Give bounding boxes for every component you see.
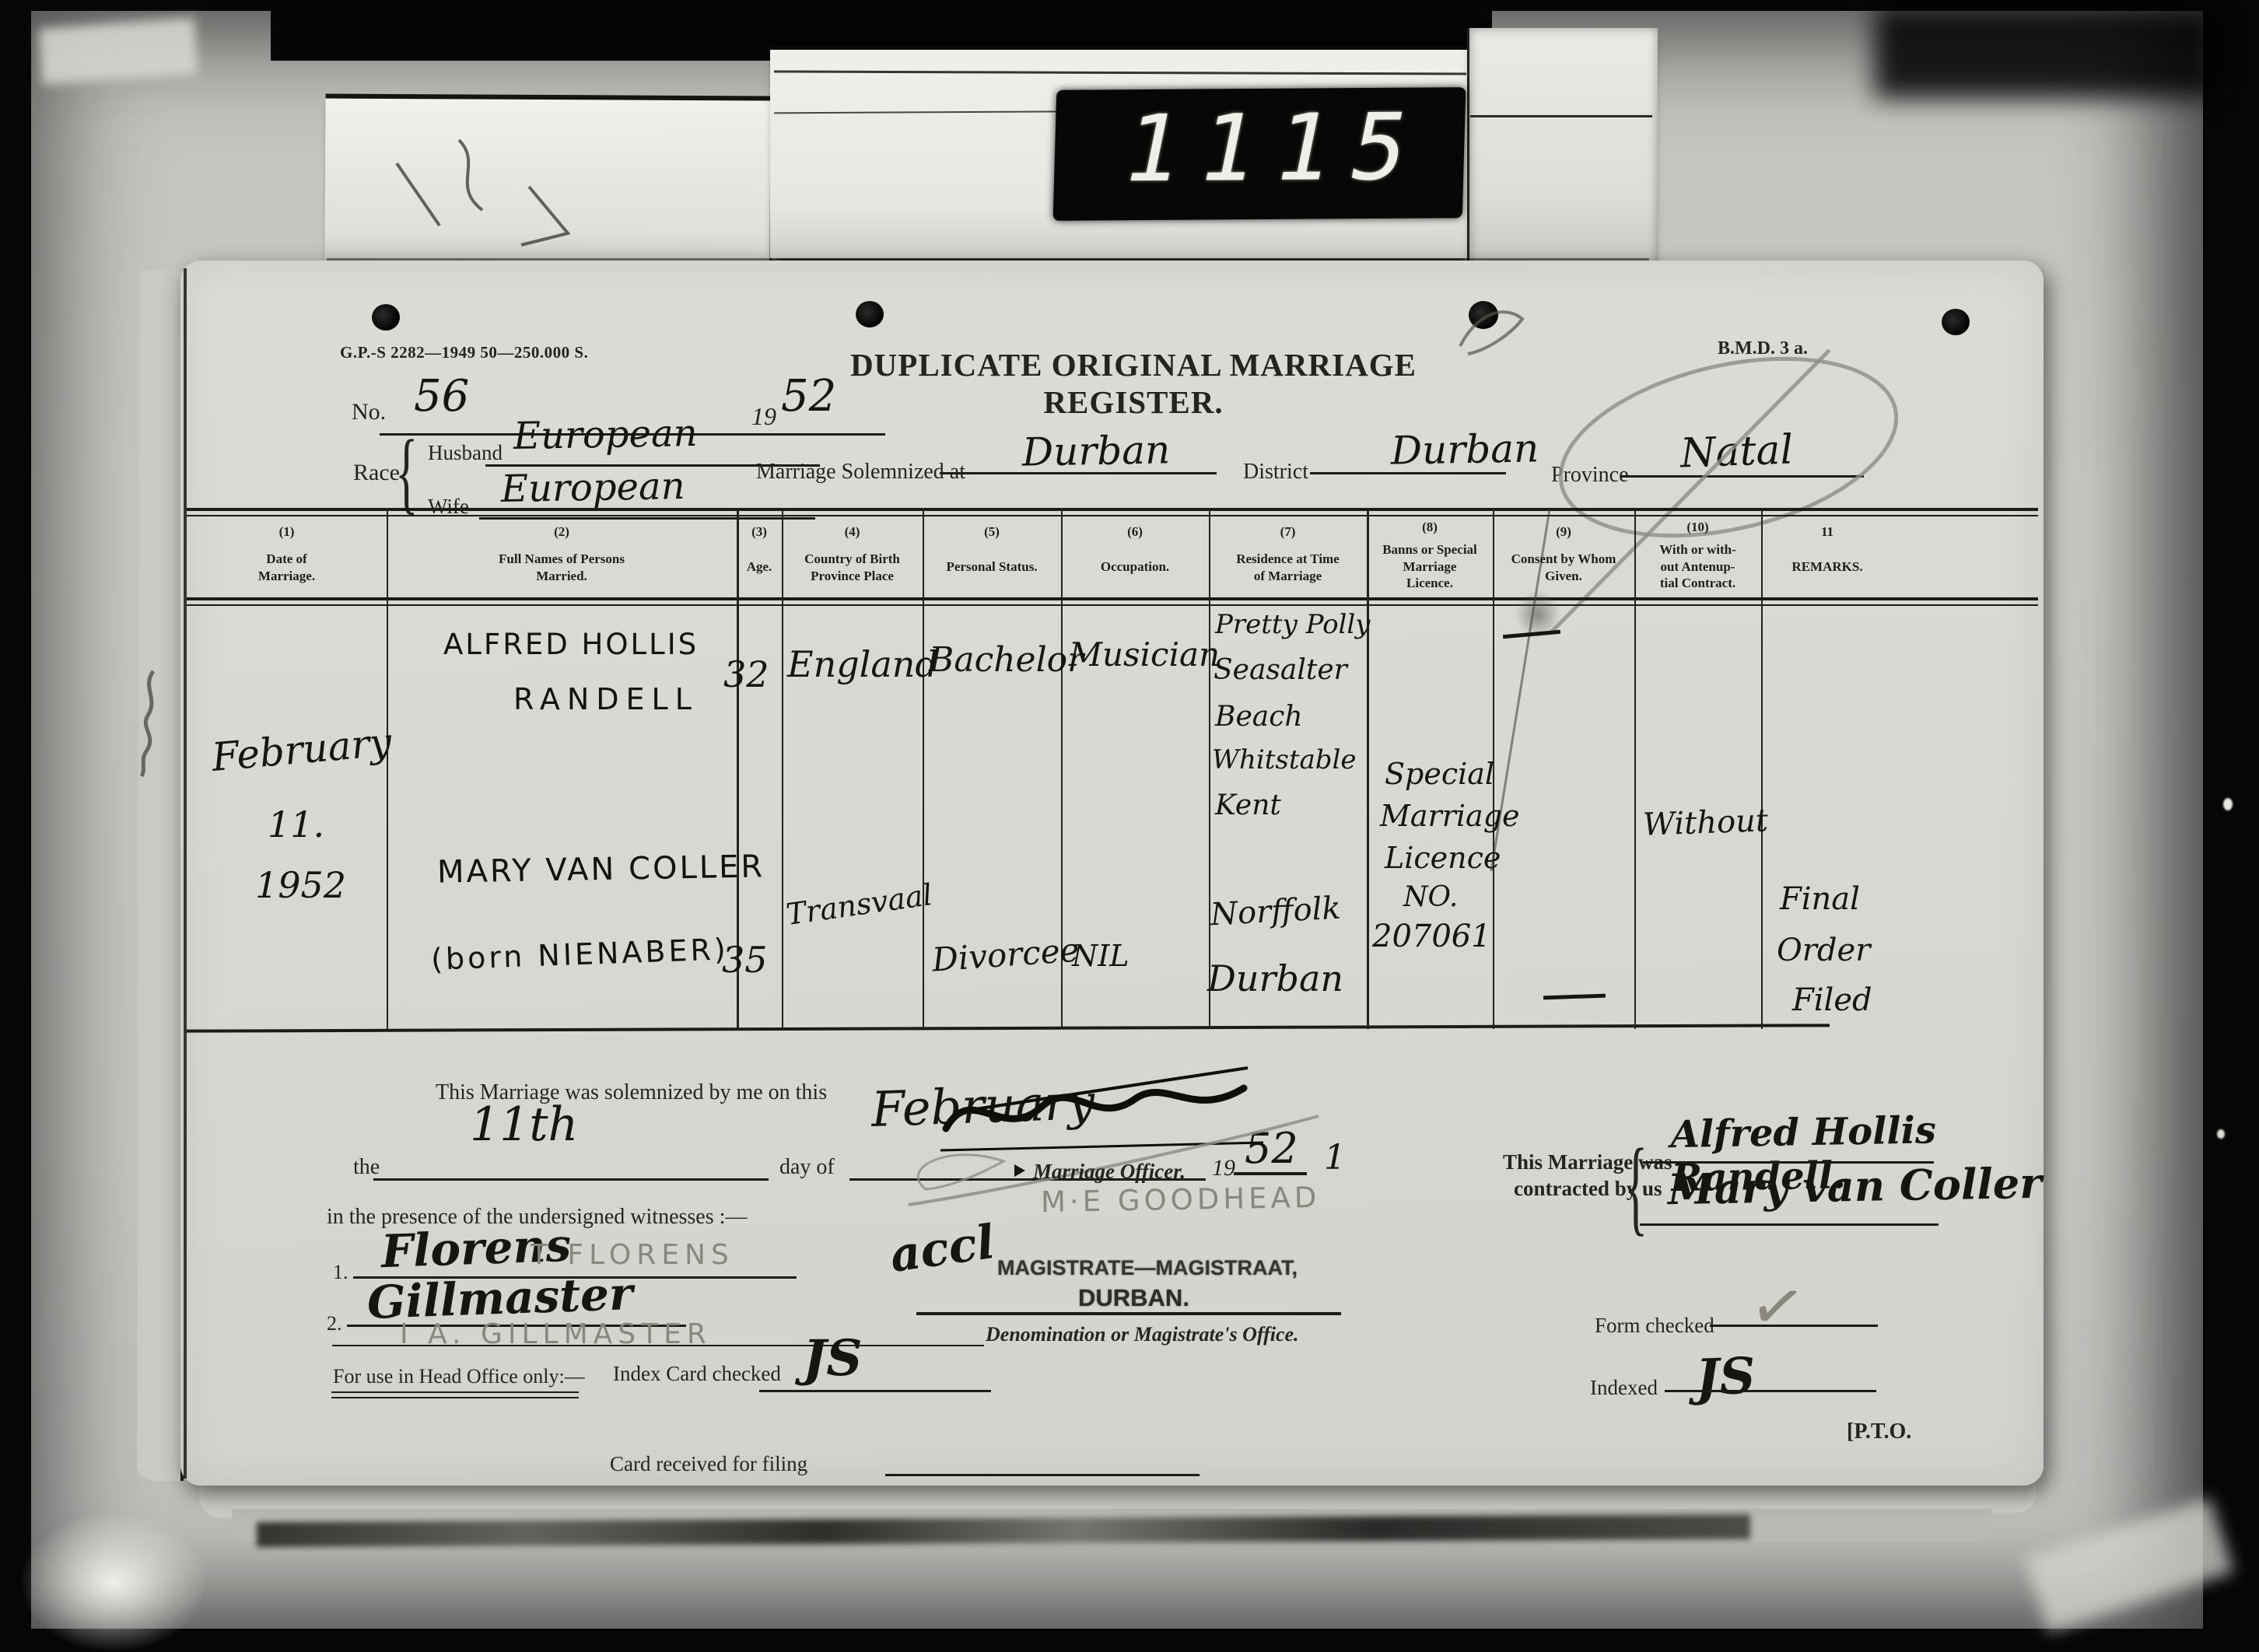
col-num: (1): [187, 523, 387, 540]
witness2-name-pencil: I A. GILLMASTER: [400, 1318, 712, 1350]
banns-line4: NO.: [1403, 881, 1458, 913]
table-top-rule-1: [187, 508, 2038, 511]
counter-value: 1115: [1115, 96, 1438, 200]
entry-date-month: February: [210, 719, 394, 780]
col-num: (3): [737, 523, 782, 540]
husband-label: Husband: [428, 441, 503, 465]
contracted-line-2: [1640, 1223, 1939, 1226]
table-header-rule-1: [187, 597, 2038, 600]
speck-right-2: [2217, 1129, 2225, 1139]
exposure-counter: 1115: [1053, 87, 1466, 221]
col-rule-3: [782, 508, 783, 1029]
col-num: 11: [1761, 523, 1893, 540]
the-label: the: [353, 1155, 380, 1180]
machine-plate-right: [1467, 28, 1658, 264]
col-header-3: (3) Age.: [737, 523, 782, 576]
col-label: With or with- out Antenup- tial Contract…: [1634, 541, 1761, 591]
col-label: Full Names of Persons Married.: [387, 551, 737, 584]
solemnized-label: Marriage Solemnized at: [756, 460, 965, 485]
table-header-rule-2: [187, 604, 2038, 606]
wife-consent-dash: [1543, 994, 1606, 1000]
form-checked-label: Form checked: [1595, 1314, 1714, 1338]
head-office-underline-2: [331, 1397, 579, 1398]
table-top-rule-2: [187, 515, 2038, 516]
witness2-no: 2.: [327, 1312, 342, 1335]
entry-date-year: 1952: [255, 864, 346, 906]
stamp-line2: DURBAN.: [1078, 1284, 1189, 1312]
day-value: 11th: [470, 1097, 578, 1152]
page-edge-shadow: [184, 268, 187, 1479]
col-num: (8): [1367, 519, 1493, 535]
wife-name-line1: MARY VAN COLLER: [437, 849, 765, 890]
punch-hole-1: [372, 304, 400, 331]
witness1-no: 1.: [333, 1261, 348, 1284]
head-office-underline-1: [331, 1391, 579, 1393]
denomination-label: Denomination or Magistrate's Office.: [986, 1323, 1299, 1346]
year-printed: 19: [751, 402, 776, 431]
form-checked-line: [1710, 1325, 1878, 1327]
race-label: Race: [353, 460, 400, 486]
district-line: [1310, 472, 1506, 474]
husband-name-line1: ALFRED HOLLIS: [443, 628, 699, 661]
district-label: District: [1243, 460, 1308, 485]
wife-residence-2: Durban: [1207, 957, 1343, 999]
col-header-4: (4) Country of Birth Province Place: [782, 523, 923, 584]
col-header-10: (10) With or with- out Antenup- tial Con…: [1634, 519, 1761, 591]
race-wife-line: [479, 517, 815, 520]
wife-status: Divorcee: [931, 930, 1080, 978]
page-title: DUPLICATE ORIGINAL MARRIAGE REGISTER.: [760, 346, 1507, 421]
husband-residence-3: Beach: [1215, 701, 1303, 733]
solemnized-value: Durban: [1022, 427, 1171, 474]
col-num: (2): [387, 523, 737, 540]
index-card-label: Index Card checked: [613, 1362, 781, 1386]
col-label: Date of Marriage.: [187, 551, 387, 584]
wife-occupation: NIL: [1072, 939, 1129, 973]
index-card-value: JS: [803, 1329, 863, 1388]
year-written: 52: [781, 371, 836, 422]
col-header-11: 11 REMARKS.: [1761, 523, 1893, 576]
col-num: (7): [1209, 523, 1367, 540]
year-underline: [745, 433, 885, 436]
banns-line5: 207061: [1372, 919, 1491, 954]
husband-age: 32: [723, 653, 769, 695]
register-no-value: 56: [414, 371, 469, 422]
day-line: [373, 1178, 769, 1181]
no-label: No.: [352, 399, 386, 425]
entry-date-day: 11.: [268, 803, 324, 845]
husband-birthplace: England: [787, 643, 938, 685]
col-num: (6): [1061, 523, 1209, 540]
indexed-value: JS: [1695, 1347, 1756, 1408]
day-of-label: day of: [779, 1155, 835, 1180]
col-label: REMARKS.: [1761, 558, 1893, 575]
race-husband-value: European: [513, 411, 698, 458]
banns-line1: Special: [1385, 757, 1494, 791]
col-label: Personal Status.: [923, 558, 1061, 575]
col-header-5: (5) Personal Status.: [923, 523, 1061, 576]
officer-pointer-mark: [1014, 1164, 1025, 1177]
race-wife-value: European: [501, 464, 685, 511]
card-received-line: [885, 1474, 1200, 1476]
col-rule-10: [1761, 508, 1763, 1029]
banns-line2: Marriage: [1380, 799, 1520, 833]
microfilm-scan: 1115 G.P.-S 2282—1949 50—250.000 S. DUPL…: [0, 0, 2259, 1652]
husband-status: Bachelor: [929, 640, 1084, 680]
head-office-label: For use in Head Office only:—: [333, 1365, 585, 1388]
plate-left-scratches: [366, 117, 692, 257]
smudge-top-right: [1875, 6, 2217, 98]
speck-right-1: [2223, 798, 2233, 810]
col-label: Occupation.: [1061, 558, 1209, 575]
plate-right-seam: [1470, 115, 1652, 117]
banns-line3: Licence: [1385, 841, 1501, 875]
wife-name-line2: (born NIENABER): [430, 932, 729, 976]
col-num: (10): [1634, 519, 1761, 535]
contracted-brace: {: [1624, 1125, 1648, 1249]
stamp-line1: MAGISTRATE—MAGISTRAAT,: [997, 1256, 1298, 1280]
col-rule-4: [923, 508, 924, 1029]
edge-pencil-squiggle: [110, 667, 173, 800]
remarks-line3: Filed: [1792, 982, 1872, 1018]
contracted-signature-wife: Mary van Coller: [1667, 1158, 2042, 1214]
indexed-label: Indexed: [1590, 1376, 1658, 1400]
husband-residence-2: Seasalter: [1214, 654, 1347, 686]
husband-residence-4: Whitstable: [1212, 744, 1357, 775]
punch-hole-4: [1942, 309, 1970, 335]
remarks-line2: Order: [1777, 933, 1870, 968]
glow-bottom-left: [20, 1512, 207, 1652]
index-card-line: [759, 1390, 991, 1392]
stamp-signature: accl: [887, 1215, 998, 1283]
col-header-8: (8) Banns or Special Marriage Licence.: [1367, 519, 1493, 591]
wife-birthplace: Transvaal: [784, 877, 934, 932]
col-label: Age.: [737, 558, 782, 575]
stray-mark: 1: [1324, 1138, 1346, 1178]
witness1-name-pencil: T FLORENS: [531, 1239, 734, 1271]
col-header-9: (9) Consent by Whom Given.: [1493, 523, 1634, 584]
remarks-line1: Final: [1780, 881, 1860, 917]
punch-hole-2: [856, 301, 884, 327]
wife-age: 35: [722, 939, 768, 981]
table-bottom-rule: [187, 1024, 1830, 1032]
col-header-2: (2) Full Names of Persons Married.: [387, 523, 737, 584]
col-header-6: (6) Occupation.: [1061, 523, 1209, 576]
husband-antenuptial: Without: [1642, 803, 1768, 843]
col-header-7: (7) Residence at Time of Marriage: [1209, 523, 1367, 584]
page-edge-strip: [137, 271, 187, 1481]
husband-occupation: Musician: [1069, 635, 1220, 674]
print-code: G.P.-S 2282—1949 50—250.000 S.: [340, 343, 588, 362]
col-label: Banns or Special Marriage Licence.: [1367, 541, 1493, 591]
col-num: (5): [923, 523, 1061, 540]
solemnized-line: [940, 472, 1217, 474]
scuff-top-left: [39, 18, 198, 85]
col-num: (4): [782, 523, 923, 540]
col-num: (9): [1493, 523, 1634, 540]
husband-residence-5: Kent: [1215, 789, 1281, 821]
form-checked-value: ✓: [1744, 1265, 1811, 1349]
indexed-line: [1665, 1390, 1876, 1392]
col-label: Residence at Time of Marriage: [1209, 551, 1367, 584]
col-label: Country of Birth Province Place: [782, 551, 923, 584]
col-rule-6: [1209, 508, 1210, 1029]
col-rule-1: [387, 508, 388, 1029]
card-received-label: Card received for filing: [610, 1452, 807, 1476]
col-header-1: (1) Date of Marriage.: [187, 523, 387, 584]
pto-label: [P.T.O.: [1847, 1419, 1911, 1444]
stamp-underline: [916, 1312, 1341, 1315]
col-label: Consent by Whom Given.: [1493, 551, 1634, 584]
husband-name-line2: RANDELL: [513, 682, 699, 716]
wife-residence-1: Norffolk: [1210, 891, 1342, 933]
husband-residence-1: Pretty Polly: [1215, 609, 1371, 640]
officer-name-pencil: M·E GOODHEAD: [1041, 1181, 1321, 1219]
officer-label: Marriage Officer.: [1033, 1160, 1186, 1184]
marriage-register-page: G.P.-S 2282—1949 50—250.000 S. DUPLICATE…: [180, 261, 2044, 1486]
